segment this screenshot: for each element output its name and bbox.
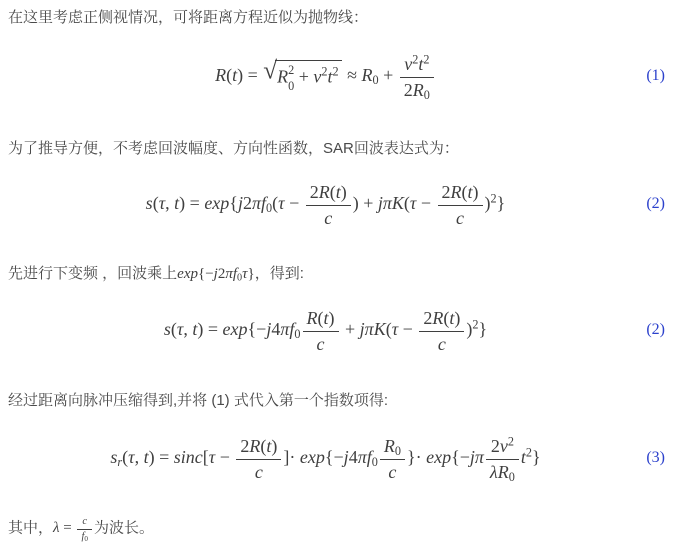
math-variable: v xyxy=(500,436,508,456)
math-operator: {− xyxy=(248,319,267,339)
math-variable: exp xyxy=(204,193,229,213)
math-operator: 4 xyxy=(271,319,280,339)
math-subscript: 0 xyxy=(424,88,430,102)
math-operator: 2 xyxy=(404,80,413,100)
math-subscript: 0 xyxy=(509,470,515,484)
math-variable: πf xyxy=(280,319,294,339)
math-variable: c xyxy=(255,462,263,482)
math-operator: 2 xyxy=(423,308,432,328)
math-variable: jπ xyxy=(470,447,484,467)
math-variable: πf xyxy=(252,193,266,213)
math-variable: R xyxy=(277,67,288,87)
math-variable: s xyxy=(164,319,171,339)
math-variable: R xyxy=(384,436,395,456)
math-operator: 2 xyxy=(442,182,451,202)
math-variable: sinc xyxy=(174,447,203,467)
math-variable: c xyxy=(456,208,464,228)
math-variable: c xyxy=(324,208,332,228)
math-subscript: 0 xyxy=(395,444,401,458)
equation-2-math: s(τ, t) = exp{j2πf0(τ − 2R(t)c) + jπK(τ … xyxy=(146,181,506,229)
math-variable: R xyxy=(319,182,330,202)
math-operator: {− xyxy=(325,447,344,467)
text-run: 在这里考虑正侧视情况，可将距离方程近似为抛物线： xyxy=(8,9,368,26)
text-run: ，得到: xyxy=(255,265,304,282)
math-operator: } xyxy=(532,447,541,467)
math-variable: exp xyxy=(300,447,325,467)
math-operator: 4 xyxy=(349,447,358,467)
document-page: 在这里考虑正侧视情况，可将距离方程近似为抛物线： R(t) = √R20 + v… xyxy=(0,0,691,554)
math-variable: jπK xyxy=(378,193,404,213)
math-operator: ) = xyxy=(197,319,222,339)
math-operator: 0 xyxy=(294,327,300,341)
math-operator: 0 xyxy=(372,455,378,469)
math-operator: } xyxy=(478,319,487,339)
math-operator: 0 xyxy=(424,88,430,102)
math-variable: πf xyxy=(358,447,372,467)
text-run: 经过距离向脉冲压缩得到,并将 (1) 式代入第一个指数项得: xyxy=(8,392,388,409)
math-variable: R xyxy=(215,65,226,85)
math-operator: ) xyxy=(473,182,479,202)
math-operator: } xyxy=(248,266,255,282)
paragraph-2: 为了推导方便，不考虑回波幅度、方向性函数，SAR回波表达式为： xyxy=(8,138,683,159)
math-fraction: 2R(t)c xyxy=(438,181,483,229)
math-superscript: 2 xyxy=(508,434,514,448)
math-fraction: R0c xyxy=(380,435,405,483)
equation-1-math: R(t) = √R20 + v2t2 ≈ R0 + v2t22R0 xyxy=(215,53,436,101)
math-superscript: 2 xyxy=(333,65,339,79)
math-fraction: cf0 xyxy=(77,516,91,542)
math-operator: = xyxy=(60,520,76,536)
math-variable: R xyxy=(307,308,318,328)
math-operator: ) = xyxy=(179,193,204,213)
math-variable: πf xyxy=(225,266,237,282)
math-variable: R xyxy=(249,436,260,456)
equation-4-number: (3) xyxy=(646,449,665,467)
math-subscript: 0 xyxy=(84,534,88,542)
equation-3-number: (2) xyxy=(646,321,665,339)
math-variable: c xyxy=(82,516,87,527)
math-variable: s xyxy=(146,193,153,213)
math-operator: ]· xyxy=(283,447,300,467)
math-operator: }· xyxy=(407,447,426,467)
math-operator: + xyxy=(294,67,313,87)
math-fraction: R(t)c xyxy=(303,307,339,355)
math-variable: c xyxy=(317,334,325,354)
math-square-root: √R20 + v2t2 xyxy=(263,60,341,94)
math-variable: λR xyxy=(490,462,509,482)
math-variable: c xyxy=(438,334,446,354)
equation-1-row: R(t) = √R20 + v2t2 ≈ R0 + v2t22R0 (1) xyxy=(0,42,691,112)
math-operator: ) xyxy=(341,182,347,202)
math-operator: 0 xyxy=(395,444,401,458)
paragraph-3: 先进行下变频 ，回波乘上exp{−j2πf0τ}，得到: xyxy=(8,263,683,285)
math-operator: 2 xyxy=(491,436,500,456)
equation-2-number: (2) xyxy=(646,195,665,213)
math-variable: exp xyxy=(426,447,451,467)
math-variable: R xyxy=(451,182,462,202)
math-operator: − xyxy=(285,193,304,213)
text-run: 为波长。 xyxy=(94,519,154,536)
equation-4-math: sr(τ, t) = sinc[τ − 2R(t)c]· exp{−j4πf0R… xyxy=(110,435,540,483)
math-superscript: 2 xyxy=(423,52,429,66)
math-operator: 2 xyxy=(243,193,252,213)
math-operator: ) xyxy=(329,308,335,328)
math-variable: R xyxy=(413,80,424,100)
math-operator: , xyxy=(165,193,174,213)
math-variable: c xyxy=(388,462,396,482)
math-operator: + xyxy=(379,65,398,85)
math-fraction: 2R(t)c xyxy=(306,181,351,229)
math-variable: R xyxy=(362,65,373,85)
math-operator: ) xyxy=(454,308,460,328)
text-run: 其中， xyxy=(8,519,53,536)
paragraph-4: 经过距离向脉冲压缩得到,并将 (1) 式代入第一个指数项得: xyxy=(8,390,683,411)
paragraph-5: 其中，λ = cf0为波长。 xyxy=(8,516,683,542)
math-operator: {− xyxy=(451,447,470,467)
math-fraction: v2t22R0 xyxy=(400,53,434,101)
equation-2-row: s(τ, t) = exp{j2πf0(τ − 2R(t)c) + jπK(τ … xyxy=(0,174,691,236)
math-operator: 2 xyxy=(333,65,339,79)
math-operator: { xyxy=(229,193,238,213)
equation-3-row: s(τ, t) = exp{−j4πf0R(t)c + jπK(τ − 2R(t… xyxy=(0,300,691,362)
math-operator: 0 xyxy=(509,470,515,484)
inline-math: exp{−j2πf0τ} xyxy=(177,266,255,282)
math-variable: R xyxy=(432,308,443,328)
equation-3-math: s(τ, t) = exp{−j4πf0R(t)c + jπK(τ − 2R(t… xyxy=(164,307,487,355)
math-variable: exp xyxy=(177,266,198,282)
math-operator: ) = xyxy=(237,65,262,85)
equation-1-number: (1) xyxy=(646,67,665,85)
math-subscript: 0 xyxy=(294,327,300,341)
math-subscript: 0 xyxy=(372,455,378,469)
math-operator: ≈ xyxy=(343,65,362,85)
math-operator: − xyxy=(215,447,234,467)
math-operator: 0 xyxy=(84,534,88,542)
paragraph-1: 在这里考虑正侧视情况，可将距离方程近似为抛物线： xyxy=(8,7,683,28)
math-operator: 2 xyxy=(423,52,429,66)
math-operator: {− xyxy=(198,266,214,282)
radical-icon: √ xyxy=(263,59,277,84)
math-operator: ) + xyxy=(353,193,378,213)
math-operator: + xyxy=(341,319,360,339)
math-operator: , xyxy=(135,447,144,467)
math-variable: jπK xyxy=(360,319,386,339)
math-operator: 2 xyxy=(310,182,319,202)
math-operator: 2 xyxy=(508,434,514,448)
inline-math: λ = cf0 xyxy=(53,520,94,536)
math-operator: } xyxy=(497,193,506,213)
math-variable: exp xyxy=(223,319,248,339)
text-run: 为了推导方便，不考虑回波幅度、方向性函数，SAR回波表达式为： xyxy=(8,140,459,157)
math-fraction: 2R(t)c xyxy=(419,307,464,355)
equation-4-row: sr(τ, t) = sinc[τ − 2R(t)c]· exp{−j4πf0R… xyxy=(0,426,691,492)
text-run: 先进行下变频 ，回波乘上 xyxy=(8,265,177,282)
math-operator: − xyxy=(416,193,435,213)
math-fraction: 2R(t)c xyxy=(236,435,281,483)
math-operator: ) xyxy=(271,436,277,456)
math-operator: ) = xyxy=(149,447,174,467)
math-operator: − xyxy=(398,319,417,339)
math-fraction: 2v2λR0 xyxy=(486,435,519,483)
